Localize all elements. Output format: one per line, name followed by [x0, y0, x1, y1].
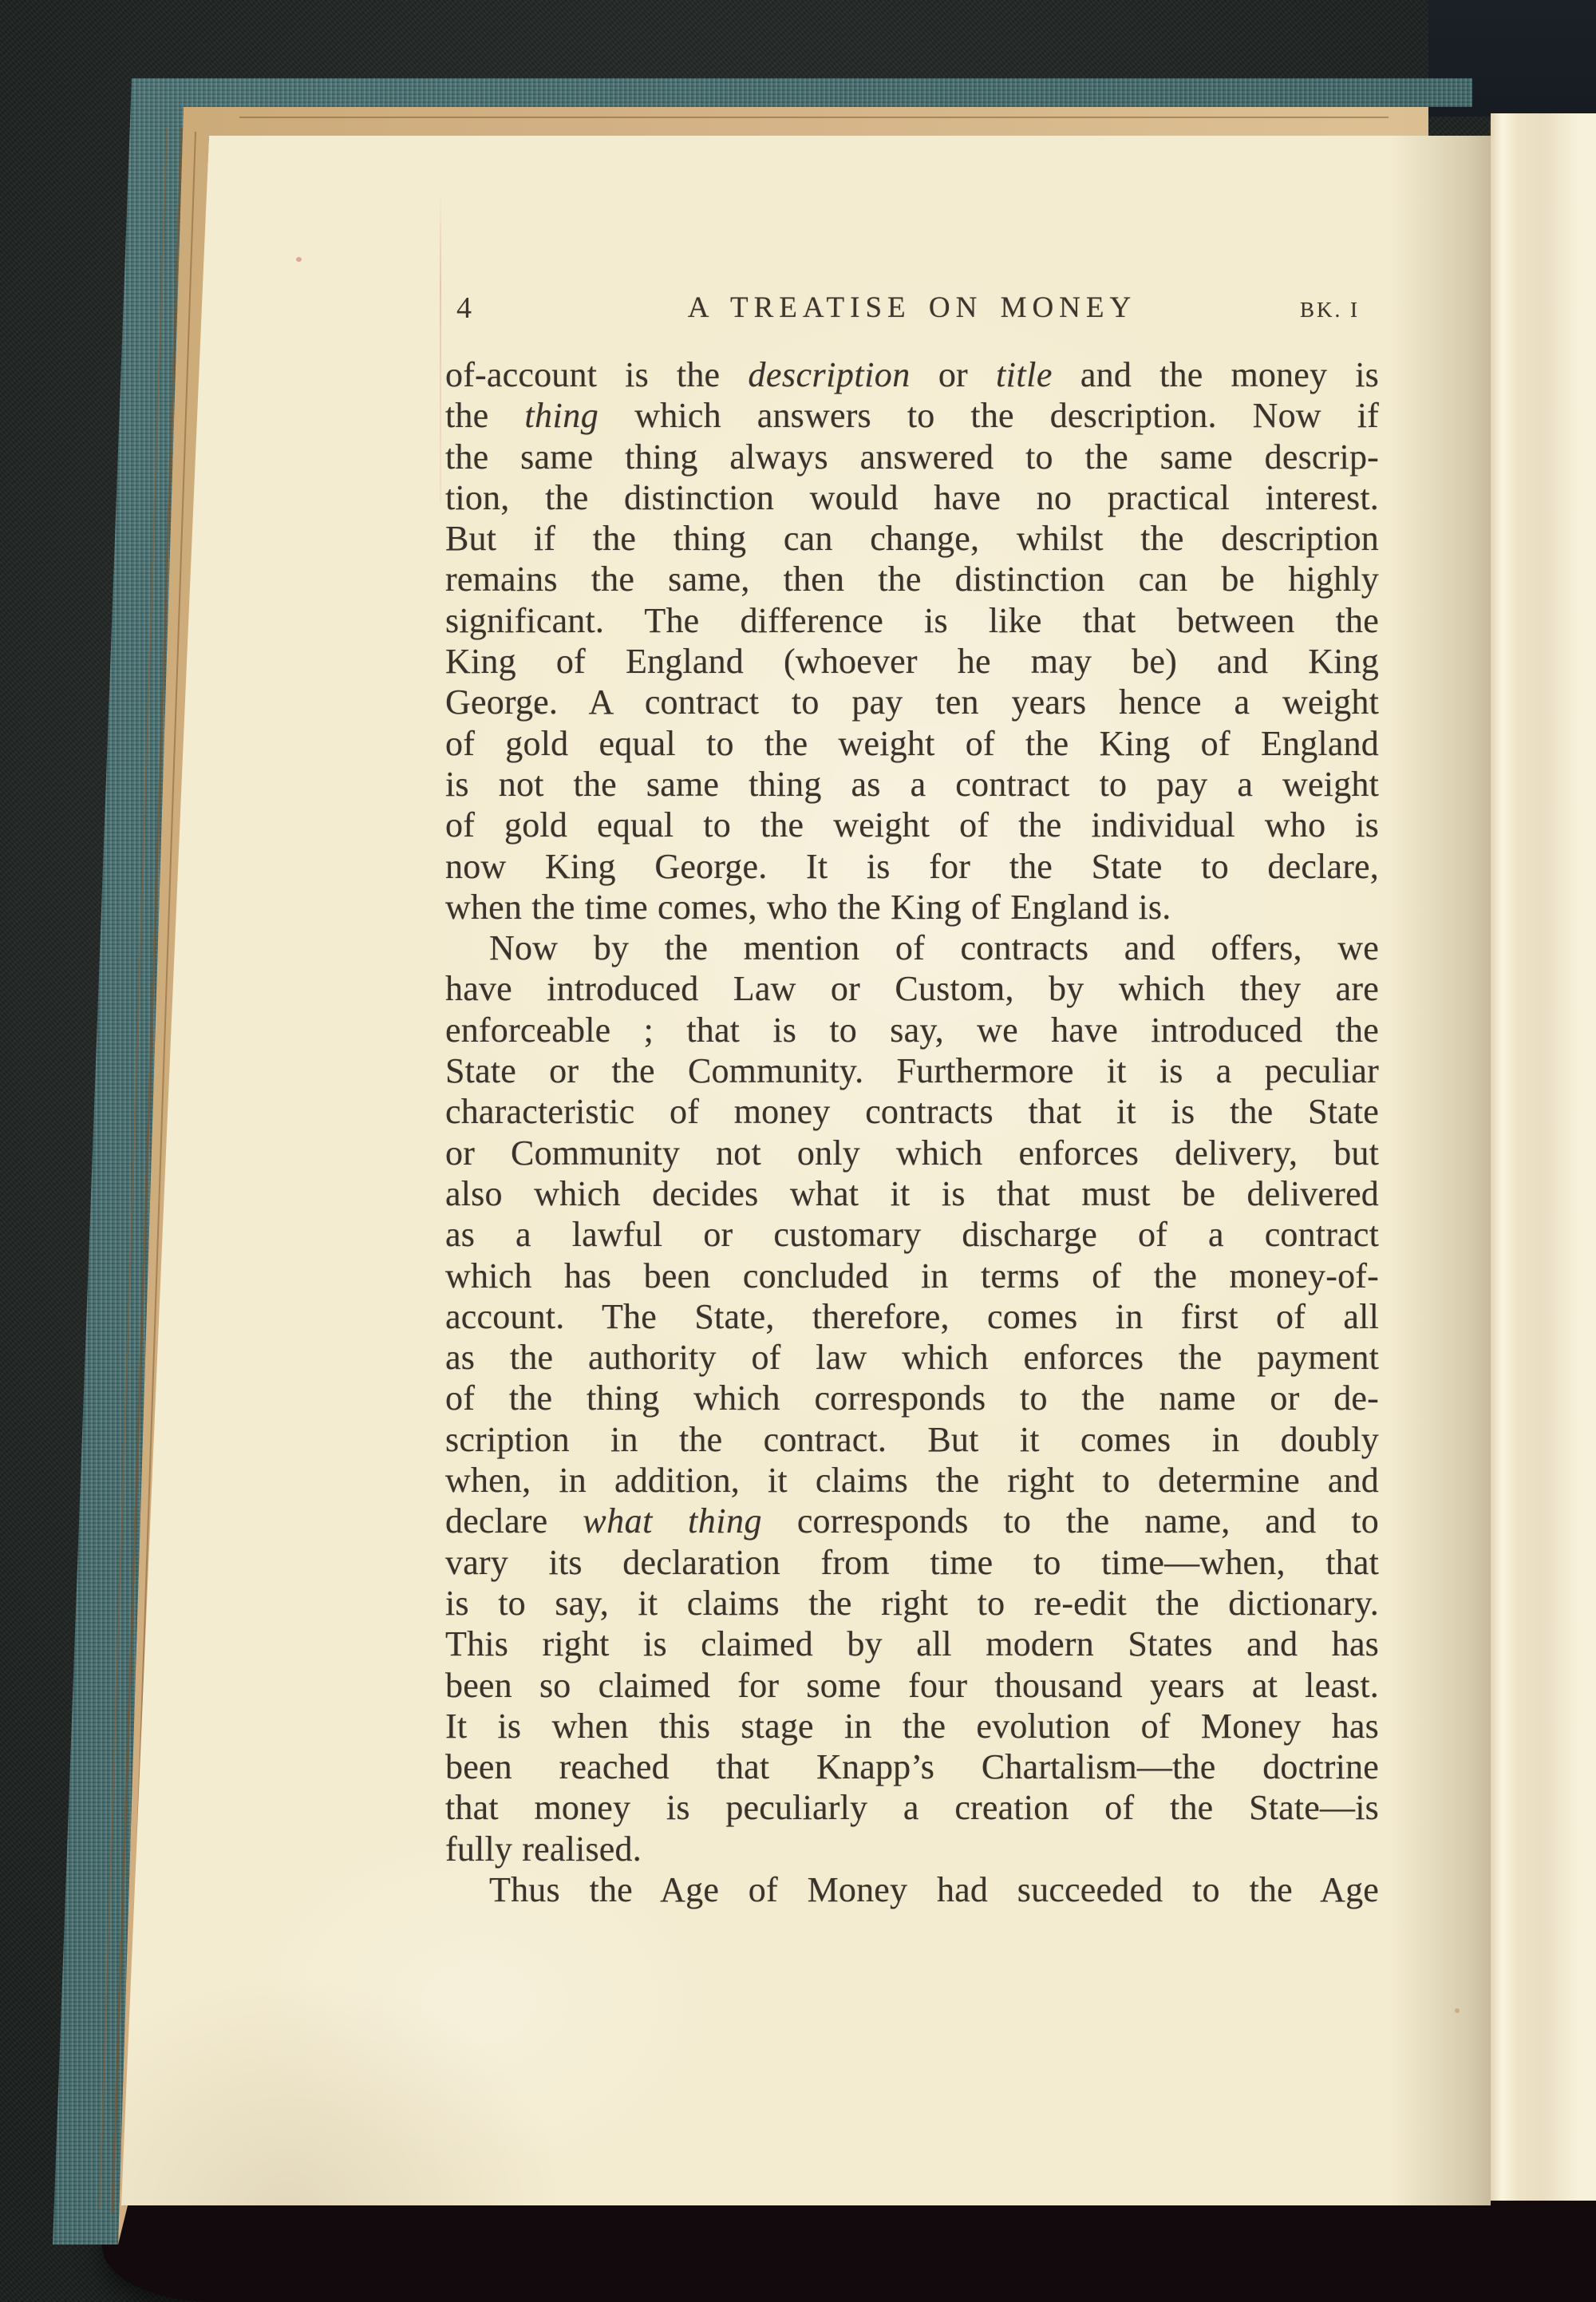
text-line: when, in addition, it claims the right t… [445, 1460, 1379, 1501]
text-line: or Community not only which enforces del… [445, 1133, 1379, 1173]
page-edge-line [239, 117, 1389, 118]
scan-crease [440, 192, 441, 503]
text-line: been reached that Knapp’s Chartalism—the… [445, 1746, 1379, 1787]
text-line: tion, the distinction would have no prac… [445, 477, 1379, 518]
text-line: been so claimed for some four thousand y… [445, 1665, 1379, 1706]
text-line: remains the same, then the distinction c… [445, 559, 1379, 599]
text-line: significant. The difference is like that… [445, 600, 1379, 641]
text-line: of gold equal to the weight of the indiv… [445, 805, 1379, 845]
facing-page-curve [1491, 113, 1596, 2201]
text-line: have introduced Law or Custom, by which … [445, 968, 1379, 1009]
text-line: scription in the contract. But it comes … [445, 1419, 1379, 1460]
text-line: when the time comes, who the King of Eng… [445, 887, 1379, 928]
text-line: State or the Community. Furthermore it i… [445, 1050, 1379, 1091]
text-line: George. A contract to pay ten years henc… [445, 682, 1379, 722]
text-line: as a lawful or customary discharge of a … [445, 1214, 1379, 1255]
text-line: of the thing which corresponds to the na… [445, 1378, 1379, 1418]
book-page: 4 A TREATISE ON MONEY BK. I of-account i… [0, 0, 1596, 2302]
body-text: of-account is the description or title a… [445, 354, 1379, 1910]
gutter-shadow [1389, 136, 1491, 2205]
text-line: It is when this stage in the evolution o… [445, 1706, 1379, 1746]
text-line: also which decides what it is that must … [445, 1173, 1379, 1214]
ink-speck [535, 707, 540, 713]
paragraph: Thus the Age of Money had succeeded to t… [445, 1869, 1379, 1910]
text-line: now King George. It is for the State to … [445, 846, 1379, 887]
text-line: enforceable ; that is to say, we have in… [445, 1010, 1379, 1050]
text-line: the same thing always answered to the sa… [445, 437, 1379, 477]
text-line: the thing which answers to the descripti… [445, 395, 1379, 436]
paragraph: Now by the mention of contracts and offe… [445, 928, 1379, 1869]
foxing-speck [1455, 2008, 1460, 2013]
text-line: But if the thing can change, whilst the … [445, 518, 1379, 559]
text-line: that money is peculiarly a creation of t… [445, 1787, 1379, 1828]
text-line: as the authority of law which enforces t… [445, 1337, 1379, 1378]
text-line: characteristic of money contracts that i… [445, 1091, 1379, 1132]
text-line: which has been concluded in terms of the… [445, 1256, 1379, 1296]
book-photo: 4 A TREATISE ON MONEY BK. I of-account i… [0, 0, 1596, 2302]
text-line: Now by the mention of contracts and offe… [445, 928, 1379, 968]
paragraph: of-account is the description or title a… [445, 354, 1379, 928]
text-line: declare what thing corresponds to the na… [445, 1501, 1379, 1541]
text-line: is to say, it claims the right to re-edi… [445, 1583, 1379, 1624]
text-line: of gold equal to the weight of the King … [445, 723, 1379, 764]
book-label: BK. I [1300, 298, 1360, 322]
text-line: account. The State, therefore, comes in … [445, 1296, 1379, 1337]
running-title: A TREATISE ON MONEY [445, 291, 1379, 325]
text-line: fully realised. [445, 1829, 1379, 1869]
text-line: This right is claimed by all modern Stat… [445, 1624, 1379, 1664]
paper-speck [296, 257, 302, 262]
text-line: King of England (whoever he may be) and … [445, 641, 1379, 682]
page-header: 4 A TREATISE ON MONEY BK. I [445, 291, 1379, 327]
text-line: Thus the Age of Money had succeeded to t… [445, 1869, 1379, 1910]
text-line: is not the same thing as a contract to p… [445, 764, 1379, 805]
text-line: of-account is the description or title a… [445, 354, 1379, 395]
text-line: vary its declaration from time to time—w… [445, 1542, 1379, 1583]
book-cover-bottom-edge [102, 2197, 1596, 2302]
